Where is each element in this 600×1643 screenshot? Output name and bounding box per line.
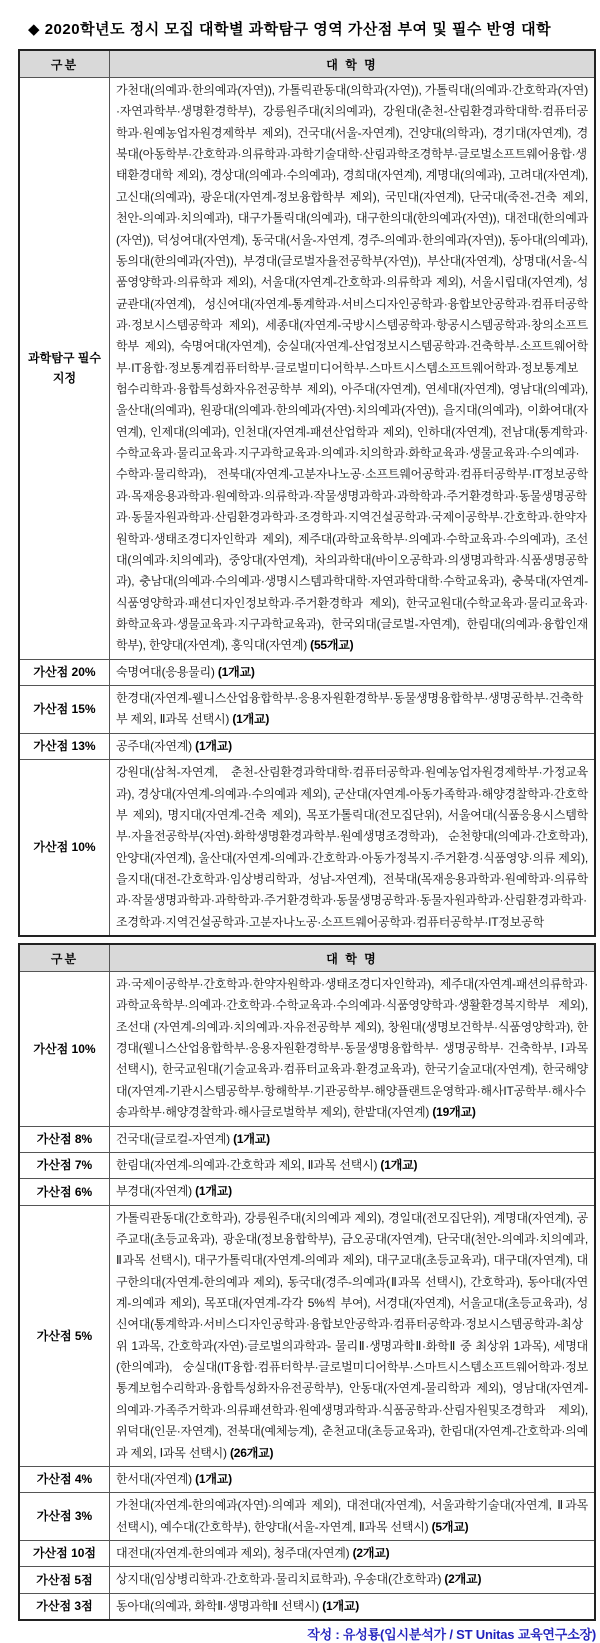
table-row: 가산점 4%한서대(자연계) (1개교) — [19, 1466, 595, 1492]
school-count: (5개교) — [432, 1520, 469, 1534]
universities-text: 건국대(글로컬-자연계) — [116, 1132, 230, 1146]
school-count: (26개교) — [230, 1446, 273, 1460]
table-row: 가산점 20%숙명여대(응용물리) (1개교) — [19, 659, 595, 685]
category-cell: 가산점 10점 — [19, 1541, 110, 1567]
universities-cell: 숙명여대(응용물리) (1개교) — [110, 659, 596, 685]
category-cell: 가산점 4% — [19, 1466, 110, 1492]
category-cell: 가산점 7% — [19, 1152, 110, 1178]
school-count: (1개교) — [195, 739, 232, 753]
category-cell: 가산점 8% — [19, 1126, 110, 1152]
table-row: 가산점 6%부경대(자연계) (1개교) — [19, 1179, 595, 1205]
universities-cell: 한서대(자연계) (1개교) — [110, 1466, 596, 1492]
school-count: (1개교) — [322, 1599, 359, 1613]
universities-cell: 가톨릭관동대(간호학과), 강릉원주대(치의예과 제외), 경일대(전모집단위)… — [110, 1205, 596, 1466]
school-count: (1개교) — [195, 1184, 232, 1198]
school-count: (1개교) — [233, 1132, 270, 1146]
table-row: 가산점 8%건국대(글로컬-자연계) (1개교) — [19, 1126, 595, 1152]
table-row: 가산점 15%한경대(자연계-웰니스산업융합학부·응용자원환경학부·동물생명융합… — [19, 686, 595, 734]
universities-text: 대전대(자연계-한의예과 제외), 청주대(자연계) — [116, 1546, 349, 1560]
universities-text: 강원대(삼척-자연계, 춘천-산림환경과학대학·컴퓨터공학과·원예농업자원경제학… — [116, 765, 588, 929]
column-header-category: 구분 — [19, 50, 110, 78]
universities-text: 공주대(자연계) — [116, 739, 192, 753]
category-cell: 가산점 10% — [19, 760, 110, 936]
tables-container: 구분대 학 명과학탐구 필수 지정가천대(의예과·한의예과(자연)), 가톨릭관… — [0, 49, 600, 1621]
school-count: (1개교) — [195, 1472, 232, 1486]
category-cell: 가산점 13% — [19, 733, 110, 759]
category-cell: 가산점 10% — [19, 972, 110, 1127]
universities-text: 한경대(자연계-웰니스산업융합학부·응용자원환경학부·동물생명융합학부·생명공학… — [116, 691, 583, 726]
column-header-category: 구분 — [19, 944, 110, 972]
universities-cell: 공주대(자연계) (1개교) — [110, 733, 596, 759]
universities-text: 한림대(자연계-의예과·간호학과 제외, Ⅱ과목 선택시) — [116, 1158, 377, 1172]
table-row: 과학탐구 필수 지정가천대(의예과·한의예과(자연)), 가톨릭관동대(의학과(… — [19, 78, 595, 660]
table-row: 가산점 10%강원대(삼척-자연계, 춘천-산림환경과학대학·컴퓨터공학과·원예… — [19, 760, 595, 936]
universities-cell: 동아대(의예과, 화학Ⅱ·생명과학Ⅱ 선택시) (1개교) — [110, 1593, 596, 1620]
universities-cell: 한경대(자연계-웰니스산업융합학부·응용자원환경학부·동물생명융합학부·생명공학… — [110, 686, 596, 734]
universities-text: 가천대(자연계-한의예과(자연)·의예과 제외), 대전대(자연계), 서울과학… — [116, 1498, 588, 1533]
document-page: ◆ 2020학년도 정시 모집 대학별 과학탐구 영역 가산점 부여 및 필수 … — [0, 0, 600, 1643]
category-cell: 가산점 5점 — [19, 1567, 110, 1593]
school-count: (19개교) — [432, 1105, 475, 1119]
school-count: (1개교) — [380, 1158, 417, 1172]
school-count: (1개교) — [232, 712, 269, 726]
criteria-table: 구분대 학 명과학탐구 필수 지정가천대(의예과·한의예과(자연)), 가톨릭관… — [18, 49, 596, 937]
table-row: 가산점 10점대전대(자연계-한의예과 제외), 청주대(자연계) (2개교) — [19, 1541, 595, 1567]
table-row: 가산점 3점동아대(의예과, 화학Ⅱ·생명과학Ⅱ 선택시) (1개교) — [19, 1593, 595, 1620]
table-row: 가산점 5점상지대(임상병리학과·간호학과·물리치료학과), 우송대(간호학과)… — [19, 1567, 595, 1593]
table-row: 가산점 5%가톨릭관동대(간호학과), 강릉원주대(치의예과 제외), 경일대(… — [19, 1205, 595, 1466]
school-count: (2개교) — [353, 1546, 390, 1560]
universities-cell: 부경대(자연계) (1개교) — [110, 1179, 596, 1205]
table-row: 가산점 13%공주대(자연계) (1개교) — [19, 733, 595, 759]
category-cell: 과학탐구 필수 지정 — [19, 78, 110, 660]
table-row: 가산점 7%한림대(자연계-의예과·간호학과 제외, Ⅱ과목 선택시) (1개교… — [19, 1152, 595, 1178]
table-row: 가산점 3%가천대(자연계-한의예과(자연)·의예과 제외), 대전대(자연계)… — [19, 1493, 595, 1541]
category-cell: 가산점 5% — [19, 1205, 110, 1466]
school-count: (55개교) — [310, 638, 353, 652]
universities-cell: 대전대(자연계-한의예과 제외), 청주대(자연계) (2개교) — [110, 1541, 596, 1567]
school-count: (2개교) — [444, 1572, 481, 1586]
universities-text: 가천대(의예과·한의예과(자연)), 가톨릭관동대(의학과(자연)), 가톨릭대… — [116, 83, 588, 652]
universities-cell: 건국대(글로컬-자연계) (1개교) — [110, 1126, 596, 1152]
criteria-table: 구분대 학 명가산점 10%과·국제이공학부·간호학과·한약자원학과·생태조경디… — [18, 943, 596, 1621]
category-cell: 가산점 15% — [19, 686, 110, 734]
universities-text: 상지대(임상병리학과·간호학과·물리치료학과), 우송대(간호학과) — [116, 1572, 441, 1586]
column-header-university: 대 학 명 — [110, 944, 596, 972]
category-cell: 가산점 3% — [19, 1493, 110, 1541]
author-credit: 작성 : 유성룡(입시분석가 / ST Unitas 교육연구소장) — [0, 1624, 596, 1643]
universities-cell: 상지대(임상병리학과·간호학과·물리치료학과), 우송대(간호학과) (2개교) — [110, 1567, 596, 1593]
school-count: (1개교) — [218, 665, 255, 679]
universities-cell: 한림대(자연계-의예과·간호학과 제외, Ⅱ과목 선택시) (1개교) — [110, 1152, 596, 1178]
universities-text: 숙명여대(응용물리) — [116, 665, 215, 679]
column-header-university: 대 학 명 — [110, 50, 596, 78]
universities-text: 가톨릭관동대(간호학과), 강릉원주대(치의예과 제외), 경일대(전모집단위)… — [116, 1211, 588, 1460]
universities-text: 과·국제이공학부·간호학과·한약자원학과·생태조경디자인학과), 제주대(자연계… — [116, 977, 588, 1119]
category-cell: 가산점 20% — [19, 659, 110, 685]
table-row: 가산점 10%과·국제이공학부·간호학과·한약자원학과·생태조경디자인학과), … — [19, 972, 595, 1127]
page-title: ◆ 2020학년도 정시 모집 대학별 과학탐구 영역 가산점 부여 및 필수 … — [28, 18, 600, 39]
universities-cell: 강원대(삼척-자연계, 춘천-산림환경과학대학·컴퓨터공학과·원예농업자원경제학… — [110, 760, 596, 936]
category-cell: 가산점 3점 — [19, 1593, 110, 1620]
universities-text: 부경대(자연계) — [116, 1184, 192, 1198]
category-cell: 가산점 6% — [19, 1179, 110, 1205]
universities-cell: 가천대(의예과·한의예과(자연)), 가톨릭관동대(의학과(자연)), 가톨릭대… — [110, 78, 596, 660]
universities-cell: 가천대(자연계-한의예과(자연)·의예과 제외), 대전대(자연계), 서울과학… — [110, 1493, 596, 1541]
universities-cell: 과·국제이공학부·간호학과·한약자원학과·생태조경디자인학과), 제주대(자연계… — [110, 972, 596, 1127]
universities-text: 동아대(의예과, 화학Ⅱ·생명과학Ⅱ 선택시) — [116, 1599, 319, 1613]
universities-text: 한서대(자연계) — [116, 1472, 192, 1486]
